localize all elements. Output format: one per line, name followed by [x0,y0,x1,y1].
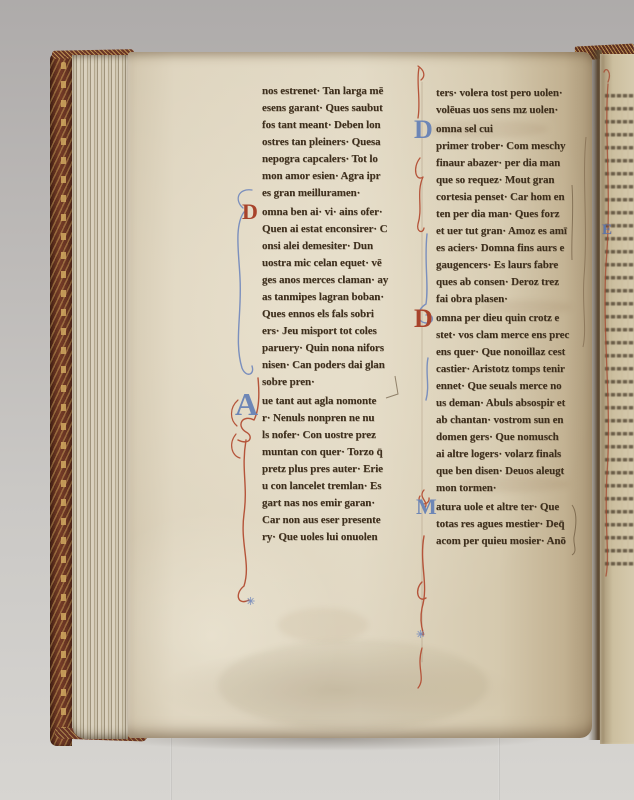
text-line: mon amor esien· Agra ipr [262,168,416,185]
text-line: ry· Que uoles lui onuolen [262,529,416,546]
facing-page-flourish [600,54,634,744]
text-line: ques ab consen· Deroz trez [436,274,590,291]
stain [278,608,368,642]
text-line: fai obra plasen· [436,291,590,308]
book-cover-edge [50,54,72,746]
text-line: omna sel cui [436,121,590,138]
verse-paragraph: Matura uole et altre ter· Quetotas res a… [436,499,590,550]
facing-page-initial: E [602,222,612,239]
text-line: sobre pren· [262,374,416,391]
text-line: Ques ennos els fals sobri [262,306,416,323]
verse-paragraph: Domna ben ai· vi· ains ofer·Quen ai esta… [262,204,416,391]
text-line: ostres tan pleiners· Quesa [262,134,416,151]
verse-paragraph: Domna sel cuiprimer trober· Com meschyfi… [436,121,590,308]
pen-asterisk: ✳ [416,630,425,641]
verse-paragraph: nos estrenet· Tan larga mēesens garant· … [262,83,416,202]
text-line: omna per dieu quin crotz e [436,310,590,327]
text-line: gaugencers· Es laurs fabre [436,257,590,274]
text-line: castier· Aristotz tomps tenir [436,361,590,378]
text-line: mon tormen· [436,480,590,497]
text-line: nos estrenet· Tan larga mē [262,83,416,100]
pen-asterisk: ✳ [246,597,255,608]
text-line: domen gers· Que nomusch [436,429,590,446]
text-line: Car non aus eser presente [262,512,416,529]
manuscript-photo: E ✳ [0,0,634,800]
text-line: as tanmipes lagran boban· [262,289,416,306]
illuminated-initial: D [414,117,433,143]
text-line: Quen ai estat enconsirer· C [262,221,416,238]
text-line: ls nofer· Con uostre prez [262,427,416,444]
text-line: que ben disen· Deuos aleugt [436,463,590,480]
text-line: onsi alei demesiter· Dun [262,238,416,255]
text-line: muntan con quer· Torzo q̄ [262,444,416,461]
text-line: atura uole et altre ter· Que [436,499,590,516]
text-line: fos tant meant· Deben lon [262,117,416,134]
text-line: es gran meilluramen· [262,185,416,202]
text-line: paruery· Quin nona nifors [262,340,416,357]
facing-page: E [600,54,634,744]
text-line: gart nas nos emir garan· [262,495,416,512]
text-line: totas res agues mestier· Deq̄ [436,516,590,533]
text-line: esens garant· Ques saubut [262,100,416,117]
text-line: ters· volera tost pero uolen· [436,85,590,102]
page-edges [72,55,128,739]
illuminated-initial: D [242,201,258,223]
text-line: acom per quieu mosier· Anō [436,533,590,550]
text-line: us deman· Abuls absospir et [436,395,590,412]
text-line: que so requez· Mout gran [436,172,590,189]
verse-paragraph: ters· volera tost pero uolen·volēuas uos… [436,85,590,119]
text-line: nepogra capcalers· Tot lo [262,151,416,168]
text-line: ten per dia man· Ques forz [436,206,590,223]
illuminated-initial: D [414,306,433,332]
verse-paragraph: Aue tant aut agla nomonter· Nenuls nonpr… [262,393,416,546]
illuminated-initial: M [416,496,437,518]
text-line: ers· Jeu misport tot coles [262,323,416,340]
text-line: es aciers· Domna fins aurs e [436,240,590,257]
manuscript-page: ✳ ✳ nos estrenet· Tan larga mēesens g [128,52,592,738]
text-line: ges anos merces claman· ay [262,272,416,289]
verse-paragraph: Domna per dieu quin crotz estet· vos cla… [436,310,590,497]
right-text-column: ters· volera tost pero uolen·volēuas uos… [436,85,590,550]
text-line: ue tant aut agla nomonte [262,393,416,410]
text-line: uostra mic celan equet· vē [262,255,416,272]
text-line: ens quer· Que nonoillaz cest [436,344,590,361]
text-line: primer trober· Com meschy [436,138,590,155]
text-line: omna ben ai· vi· ains ofer· [262,204,416,221]
text-line: cortesia penset· Car hom en [436,189,590,206]
text-line: ai altre logers· volarz finals [436,446,590,463]
stain [218,640,488,730]
illuminated-initial: A [235,388,258,420]
text-line: r· Nenuls nonpren ne nu [262,410,416,427]
text-line: volēuas uos sens mz uolen· [436,102,590,119]
text-line: u con lancelet tremlan· Es [262,478,416,495]
text-line: pretz plus pres auter· Erie [262,461,416,478]
text-line: et uer tut gran· Amoz es amī [436,223,590,240]
text-line: finaur abazer· per dia man [436,155,590,172]
text-line: nisen· Can poders dai glan [262,357,416,374]
left-text-column: nos estrenet· Tan larga mēesens garant· … [262,83,416,546]
text-line: ennet· Que seuals merce no [436,378,590,395]
text-line: ab chantan· vostrom sun en [436,412,590,429]
text-line: stet· vos clam merce ens prec [436,327,590,344]
